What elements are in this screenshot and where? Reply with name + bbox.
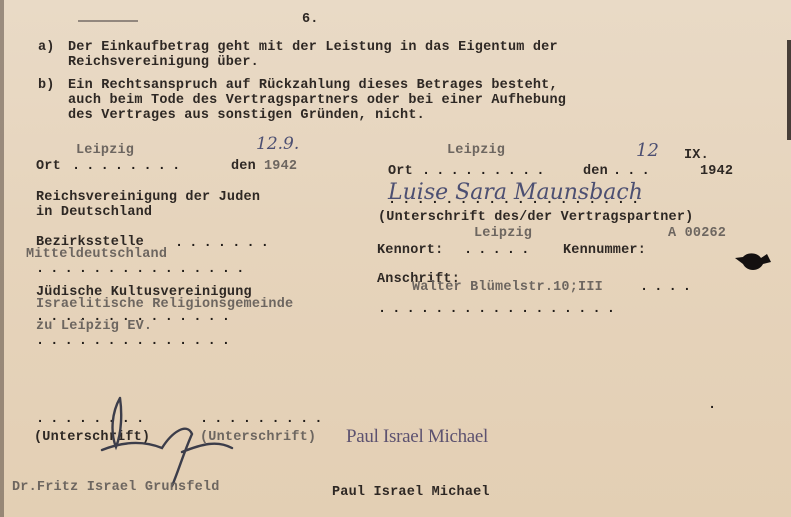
right-place-dots: ......... — [422, 164, 551, 179]
clause-b-line-2: auch beim Tode des Vertragspartners oder… — [68, 93, 566, 108]
right-place-label: Ort — [388, 164, 413, 179]
branch-dots-1: ....... — [175, 236, 275, 251]
address-dots-2: ................. — [378, 302, 621, 317]
branch-dots-2: ............... — [36, 262, 251, 277]
kennummer-label: Kennummer: — [563, 243, 646, 258]
left-place-typed: Leipzig — [76, 143, 134, 158]
right-year: 1942 — [700, 164, 733, 179]
signer-left-typed: Dr.Fritz Israel Grunsfeld — [12, 480, 220, 495]
clause-b-line-1: Ein Rechtsanspruch auf Rückzahlung diese… — [68, 78, 558, 93]
left-year: 1942 — [264, 159, 297, 174]
address-dots-1: .... — [640, 280, 697, 295]
clause-a-line-2: Reichsvereinigung über. — [68, 55, 259, 70]
scan-edge-right — [787, 40, 791, 140]
left-place-dots: ........ — [72, 159, 186, 174]
left-date-handwritten: 12.9. — [256, 134, 299, 154]
association-dots-2: .............. — [36, 334, 236, 349]
document-page: 6. a) Der Einkaufbetrag geht mit der Lei… — [0, 0, 791, 517]
org-line-2: in Deutschland — [36, 205, 152, 220]
clause-a-line-1: Der Einkaufbetrag geht mit der Leistung … — [68, 40, 558, 55]
ink-blot — [733, 252, 773, 272]
right-date-label: den — [583, 164, 608, 179]
signer-right-typed: Paul Israel Michael — [332, 485, 490, 500]
clause-b-line-3: des Vertrages aus sonstigen Gründen, nic… — [68, 108, 425, 123]
stray-dot: . — [708, 398, 722, 413]
header-dash — [78, 20, 138, 22]
scan-edge-left — [0, 0, 4, 517]
right-date-handwritten: 12 — [636, 140, 659, 161]
page-number: 6. — [302, 12, 319, 27]
right-date-dots: ... — [613, 164, 656, 179]
address-value: Walter Blümelstr.10;III — [412, 280, 603, 295]
branch-value: Mitteldeutschland — [26, 247, 167, 262]
kennummer-value: A 00262 — [668, 226, 726, 241]
grunsfeld-signature — [92, 392, 242, 492]
right-place-typed: Leipzig — [447, 143, 505, 158]
partner-signature-caption: (Unterschrift des/der Vertragspartner) — [378, 210, 693, 225]
kennort-dots: ..... — [464, 243, 536, 258]
kennort-label: Kennort: — [377, 243, 443, 258]
left-place-label: Ort — [36, 159, 61, 174]
left-date-label: den — [231, 159, 256, 174]
kennort-value: Leipzig — [474, 226, 532, 241]
org-line-1: Reichsvereinigung der Juden — [36, 190, 260, 205]
partner-signature-dots: .................. — [388, 193, 645, 208]
association-value-line-2: zu Leipzig EV. — [36, 319, 152, 334]
clause-a-label: a) — [38, 40, 55, 55]
name-stamp: Paul Israel Michael — [346, 426, 488, 448]
clause-b-label: b) — [38, 78, 55, 93]
right-month-typed: IX. — [684, 148, 709, 163]
